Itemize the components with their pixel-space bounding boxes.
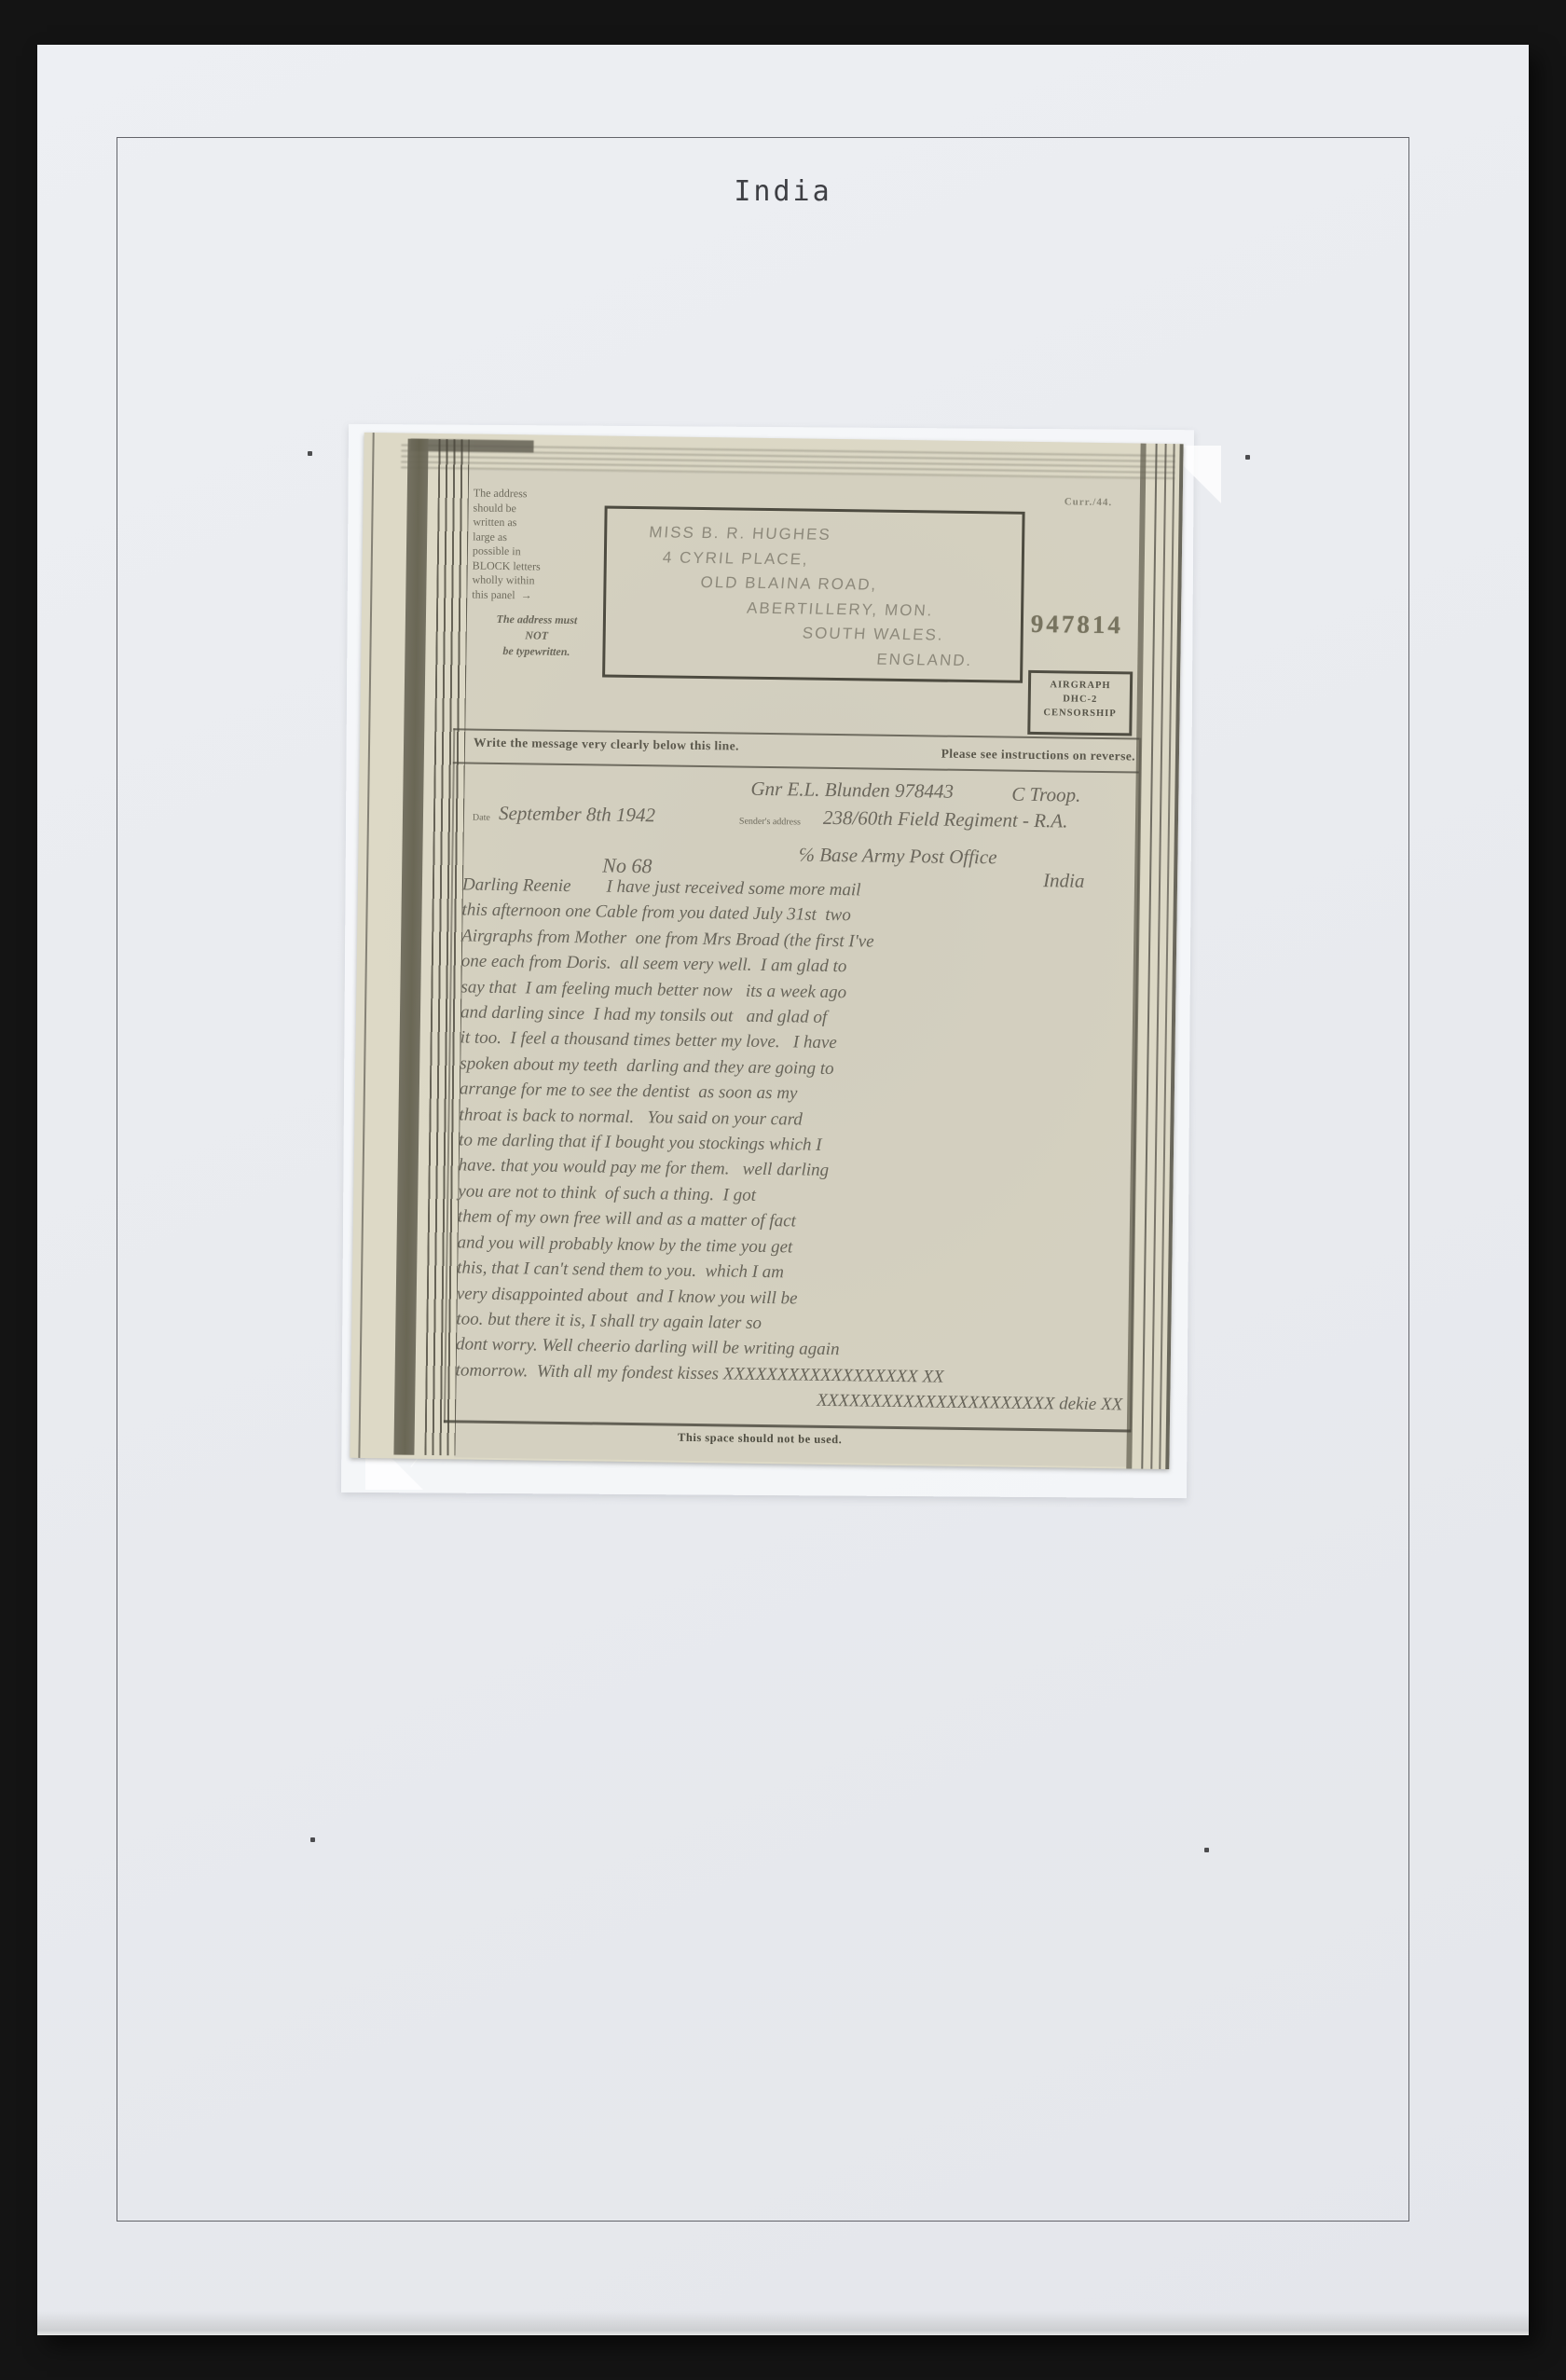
instruction-must-line: The address must — [472, 612, 602, 629]
airgraph-photo: Curr./44. The addressshould bewritten as… — [350, 433, 1183, 1469]
sender-care-of: ℅ Base Army Post Office — [798, 843, 996, 869]
scan-background: India Curr./44. The addressshould bewrit… — [0, 0, 1566, 2380]
instruction-must-line: be typewritten. — [471, 643, 601, 661]
address-line: ENGLAND. — [875, 647, 1021, 674]
address-line: OLD BLAINA ROAD, — [699, 571, 1022, 599]
serial-number: 947814 — [1031, 610, 1123, 640]
censorship-stamp: AIRGRAPHDHC-2CENSORSHIP — [1027, 670, 1133, 736]
address-line: ABERTILLERY, MON. — [746, 596, 1022, 625]
message-body: Darling Reenie I have just received some… — [455, 872, 1137, 1418]
film-margin-bar — [393, 439, 428, 1455]
registration-dot — [310, 1837, 315, 1842]
instruction-line: this panel → — [472, 587, 602, 603]
address-line: SOUTH WALES. — [802, 622, 1022, 650]
date-value: September 8th 1942 — [499, 802, 655, 827]
senders-address-label: Sender's address — [739, 817, 801, 828]
film-top-bar — [410, 439, 533, 453]
album-page: India Curr./44. The addressshould bewrit… — [37, 45, 1529, 2335]
form-corner-note: Curr./44. — [1065, 496, 1113, 508]
sender-troop: C Troop. — [1011, 783, 1080, 807]
instruction-line: written as — [473, 516, 603, 531]
censorship-stamp-line: AIRGRAPH — [1031, 678, 1130, 693]
censorship-stamp-line: DHC-2 — [1031, 692, 1130, 707]
instruction-line: The address — [474, 487, 604, 502]
registration-dot — [1204, 1848, 1209, 1852]
instruction-line: wholly within — [472, 573, 602, 589]
sender-unit: 238/60th Field Regiment - R.A. — [823, 806, 1068, 833]
instruction-must-line: NOT — [472, 627, 602, 645]
page-title: India — [37, 175, 1529, 208]
censorship-stamp-line: CENSORSHIP — [1030, 706, 1129, 721]
sender-name: Gnr E.L. Blunden 978443 — [750, 777, 954, 804]
address-panel: MISS B. R. HUGHES4 CYRIL PLACE,OLD BLAIN… — [602, 506, 1025, 683]
address-instructions: The addressshould bewritten aslarge aspo… — [471, 487, 604, 661]
date-label: Date — [473, 813, 490, 823]
registration-dot — [308, 451, 312, 456]
registration-dot — [1245, 455, 1250, 460]
instruction-line: possible in — [473, 544, 603, 560]
